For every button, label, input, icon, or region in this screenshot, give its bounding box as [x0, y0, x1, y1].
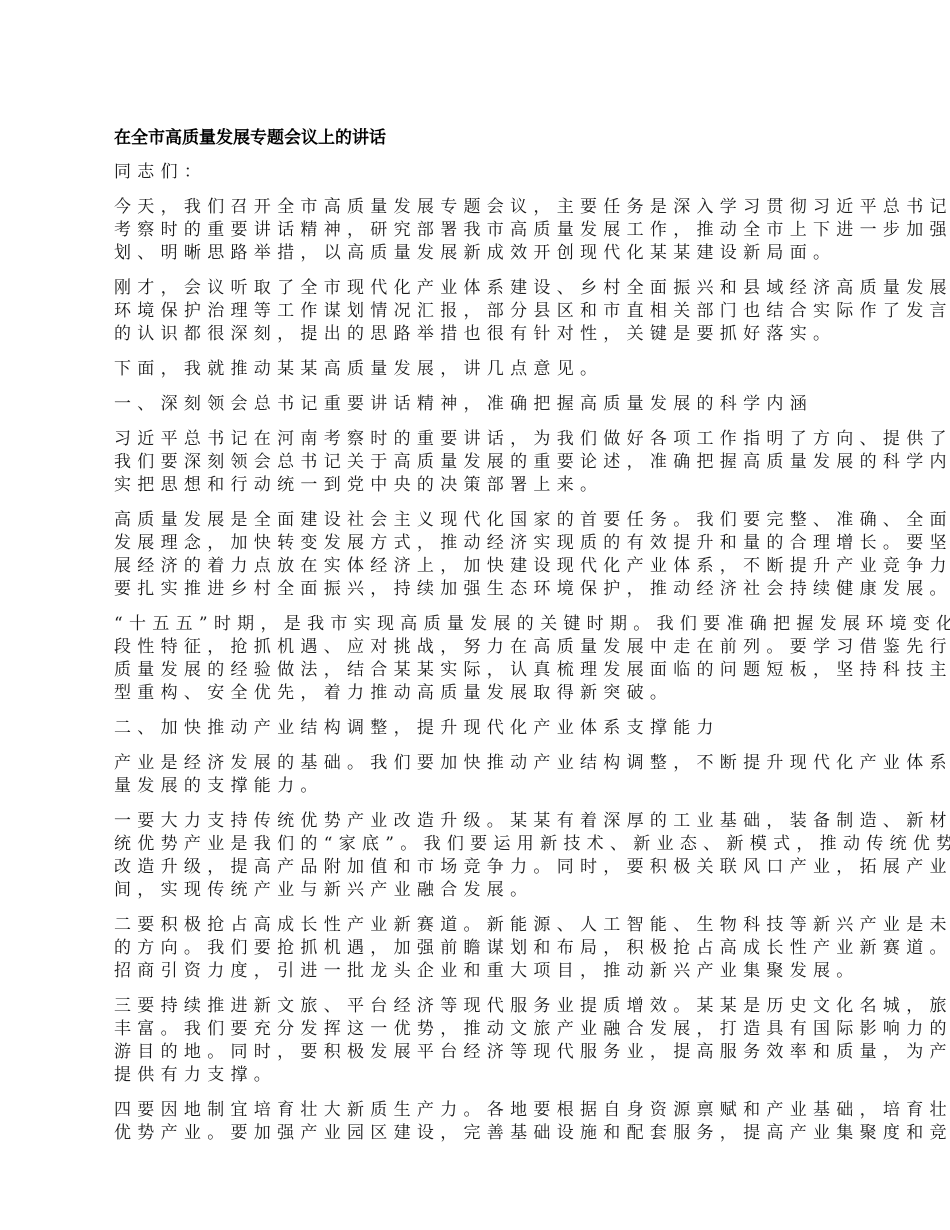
paragraph-point-1: 一要大力支持传统优势产业改造升级。某某有着深厚的工业基础，装备制造、新材料等传 …: [114, 810, 854, 902]
text-line: 二、加快推动产业结构调整，提升现代化产业体系支撑能力: [114, 717, 854, 740]
text-line: 改造升级，提高产品附加值和市场竞争力。同时，要积极关联风口产业，拓展产业发展空: [114, 856, 854, 879]
text-line: 提供有力支撑。: [114, 1064, 854, 1087]
text-line: 优势产业。要加强产业园区建设，完善基础设施和配套服务，提高产业集聚度和竞争力。: [114, 1122, 854, 1145]
text-line: 下面，我就推动某某高质量发展，讲几点意见。: [114, 358, 854, 381]
paragraph-point-4: 四要因地制宜培育壮大新质生产力。各地要根据自身资源禀赋和产业基础，培育壮大特色 …: [114, 1099, 854, 1145]
text-line: 型重构、安全优先，着力推动高质量发展取得新突破。: [114, 682, 854, 705]
section-heading-1: 一、深刻领会总书记重要讲话精神，准确把握高质量发展的科学内涵: [114, 393, 854, 416]
salutation: 同志们：: [114, 161, 854, 184]
text-line: 习近平总书记在河南考察时的重要讲话，为我们做好各项工作指明了方向、提供了遵循。: [114, 428, 854, 451]
text-line: 的认识都很深刻，提出的思路举措也很有针对性，关键是要抓好落实。: [114, 323, 854, 346]
text-line: 要扎实推进乡村全面振兴，持续加强生态环境保护，推动经济社会持续健康发展。: [114, 578, 854, 601]
paragraph-point-2: 二要积极抢占高成长性产业新赛道。新能源、人工智能、生物科技等新兴产业是未来发展 …: [114, 914, 854, 983]
paragraph-point-3: 三要持续推进新文旅、平台经济等现代服务业提质增效。某某是历史文化名城，旅游资源 …: [114, 995, 854, 1087]
text-line: 高质量发展是全面建设社会主义现代化国家的首要任务。我们要完整、准确、全面贯彻新: [114, 509, 854, 532]
text-line: 三要持续推进新文旅、平台经济等现代服务业提质增效。某某是历史文化名城，旅游资源: [114, 995, 854, 1018]
text-line: 招商引资力度，引进一批龙头企业和重大项目，推动新兴产业集聚发展。: [114, 960, 854, 983]
text-line: 间，实现传统产业与新兴产业融合发展。: [114, 879, 854, 902]
text-line: 一要大力支持传统优势产业改造升级。某某有着深厚的工业基础，装备制造、新材料等传: [114, 810, 854, 833]
text-line: 四要因地制宜培育壮大新质生产力。各地要根据自身资源禀赋和产业基础，培育壮大特色: [114, 1099, 854, 1122]
text-line: 展经济的着力点放在实体经济上，加快建设现代化产业体系，不断提升产业竞争力。同时，: [114, 555, 854, 578]
text-line: 游目的地。同时，要积极发展平台经济等现代服务业，提高服务效率和质量，为产业发展: [114, 1041, 854, 1064]
text-line: 一、深刻领会总书记重要讲话精神，准确把握高质量发展的科学内涵: [114, 393, 854, 416]
text-line: 今天，我们召开全市高质量发展专题会议，主要任务是深入学习贯彻习近平总书记在河南: [114, 196, 854, 219]
paragraph-15th-five-year: “十五五”时期，是我市实现高质量发展的关键时期。我们要准确把握发展环境变化和阶 …: [114, 613, 854, 705]
text-line: 实把思想和行动统一到党中央的决策部署上来。: [114, 474, 854, 497]
text-line: 段性特征，抢抓机遇、应对挑战，努力在高质量发展中走在前列。要学习借鉴先行地区高: [114, 636, 854, 659]
paragraph-industry-basis: 产业是经济发展的基础。我们要加快推动产业结构调整，不断提升现代化产业体系对高质 …: [114, 752, 854, 798]
paragraph-primary-task: 高质量发展是全面建设社会主义现代化国家的首要任务。我们要完整、准确、全面贯彻新 …: [114, 509, 854, 601]
paragraph-transition: 下面，我就推动某某高质量发展，讲几点意见。: [114, 358, 854, 381]
text-line: 的方向。我们要抢抓机遇，加强前瞻谋划和布局，积极抢占高成长性产业新赛道。要加大: [114, 937, 854, 960]
text-line: 我们要深刻领会总书记关于高质量发展的重要论述，准确把握高质量发展的科学内涵，切: [114, 451, 854, 474]
paragraph-intro: 今天，我们召开全市高质量发展专题会议，主要任务是深入学习贯彻习近平总书记在河南 …: [114, 196, 854, 265]
text-line: 丰富。我们要充分发挥这一优势，推动文旅产业融合发展，打造具有国际影响力的文化旅: [114, 1018, 854, 1041]
paragraph-speech-guidance: 习近平总书记在河南考察时的重要讲话，为我们做好各项工作指明了方向、提供了遵循。 …: [114, 428, 854, 497]
text-line: 考察时的重要讲话精神，研究部署我市高质量发展工作，推动全市上下进一步加强前瞻谋: [114, 219, 854, 242]
paragraph-meeting-summary: 刚才，会议听取了全市现代化产业体系建设、乡村全面振兴和县域经济高质量发展、生态 …: [114, 277, 854, 346]
text-line: 统优势产业是我们的“家底”。我们要运用新技术、新业态、新模式，推动传统优势产业: [114, 833, 854, 856]
text-line: 划、明晰思路举措，以高质量发展新成效开创现代化某某建设新局面。: [114, 242, 854, 265]
text-line: 质量发展的经验做法，结合某某实际，认真梳理发展面临的问题短板，坚持科技主导、转: [114, 659, 854, 682]
document-title: 在全市高质量发展专题会议上的讲话: [114, 127, 854, 150]
text-line: 发展理念，加快转变发展方式，推动经济实现质的有效提升和量的合理增长。要坚持把发: [114, 532, 854, 555]
text-line: 环境保护治理等工作谋划情况汇报，部分县区和市直相关部门也结合实际作了发言。大家: [114, 300, 854, 323]
text-line: “十五五”时期，是我市实现高质量发展的关键时期。我们要准确把握发展环境变化和阶: [114, 613, 854, 636]
text-line: 二要积极抢占高成长性产业新赛道。新能源、人工智能、生物科技等新兴产业是未来发展: [114, 914, 854, 937]
text-line: 产业是经济发展的基础。我们要加快推动产业结构调整，不断提升现代化产业体系对高质: [114, 752, 854, 775]
section-heading-2: 二、加快推动产业结构调整，提升现代化产业体系支撑能力: [114, 717, 854, 740]
text-line: 刚才，会议听取了全市现代化产业体系建设、乡村全面振兴和县域经济高质量发展、生态: [114, 277, 854, 300]
text-line: 量发展的支撑能力。: [114, 775, 854, 798]
document-page: 在全市高质量发展专题会议上的讲话 同志们： 今天，我们召开全市高质量发展专题会议…: [114, 127, 854, 1157]
text-line: 同志们：: [114, 161, 854, 184]
